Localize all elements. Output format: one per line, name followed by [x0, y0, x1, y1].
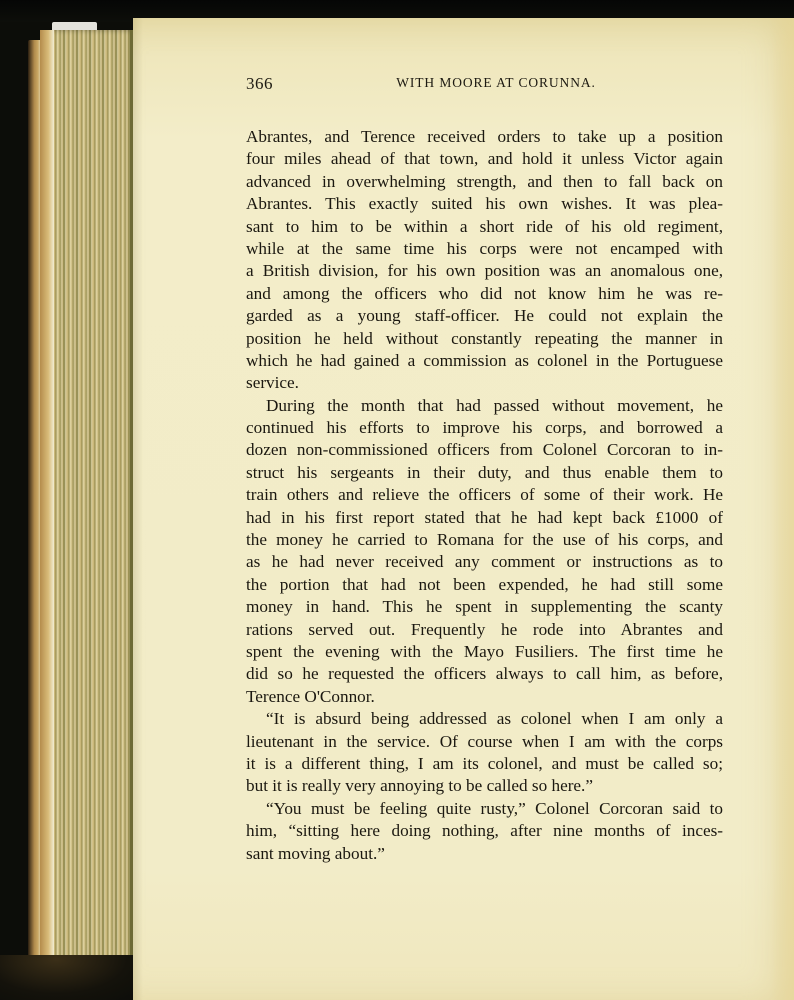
- background-bottom: [0, 955, 140, 1000]
- text-line: train others and relieve the officers of…: [246, 484, 723, 506]
- text-line: Abrantes, and Terence received orders to…: [246, 126, 723, 148]
- text-line: struct his sergeants in their duty, and …: [246, 462, 723, 484]
- text-line: garded as a young staff-officer. He coul…: [246, 305, 723, 327]
- text-line: Terence O'Connor.: [246, 686, 723, 708]
- text-line: him, “sitting here doing nothing, after …: [246, 820, 723, 842]
- text-line: it is a different thing, I am its colone…: [246, 753, 723, 775]
- text-line: but it is really very annoying to be cal…: [246, 775, 723, 797]
- text-line: money in hand. This he spent in suppleme…: [246, 596, 723, 618]
- text-line: and among the officers who did not know …: [246, 283, 723, 305]
- text-line: the money he carried to Romana for the u…: [246, 529, 723, 551]
- text-line: spent the evening with the Mayo Fusilier…: [246, 641, 723, 663]
- scanned-book-scene: 366 WITH MOORE AT CORUNNA. Abrantes, and…: [0, 0, 794, 1000]
- page-body-text: Abrantes, and Terence received orders to…: [246, 126, 723, 865]
- text-line: the portion that had not been expended, …: [246, 574, 723, 596]
- text-line: advanced in overwhelming strength, and t…: [246, 171, 723, 193]
- text-line: rations served out. Frequently he rode i…: [246, 619, 723, 641]
- text-line: dozen non-commissioned officers from Col…: [246, 439, 723, 461]
- text-line: sant moving about.”: [246, 843, 723, 865]
- text-line: did so he requested the officers always …: [246, 663, 723, 685]
- text-line: lieutenant in the service. Of course whe…: [246, 731, 723, 753]
- text-line: while at the same time his corps were no…: [246, 238, 723, 260]
- text-line: service.: [246, 372, 723, 394]
- text-line: “You must be feeling quite rusty,” Colon…: [246, 798, 723, 820]
- running-head: WITH MOORE AT CORUNNA.: [246, 75, 716, 91]
- page-header: 366 WITH MOORE AT CORUNNA.: [246, 74, 716, 94]
- text-line: four miles ahead of that town, and hold …: [246, 148, 723, 170]
- text-line: During the month that had passed without…: [246, 395, 723, 417]
- text-line: which he had gained a commission as colo…: [246, 350, 723, 372]
- text-line: had in his first report stated that he h…: [246, 507, 723, 529]
- text-line: a British division, for his own position…: [246, 260, 723, 282]
- text-line: continued his efforts to improve his cor…: [246, 417, 723, 439]
- text-line: Abrantes. This exactly suited his own wi…: [246, 193, 723, 215]
- text-line: sant to him to be within a short ride of…: [246, 216, 723, 238]
- text-line: “It is absurd being addressed as colonel…: [246, 708, 723, 730]
- page-edges-stack: [40, 30, 133, 980]
- text-line: position he held without constantly repe…: [246, 328, 723, 350]
- text-line: as he had never received any comment or …: [246, 551, 723, 573]
